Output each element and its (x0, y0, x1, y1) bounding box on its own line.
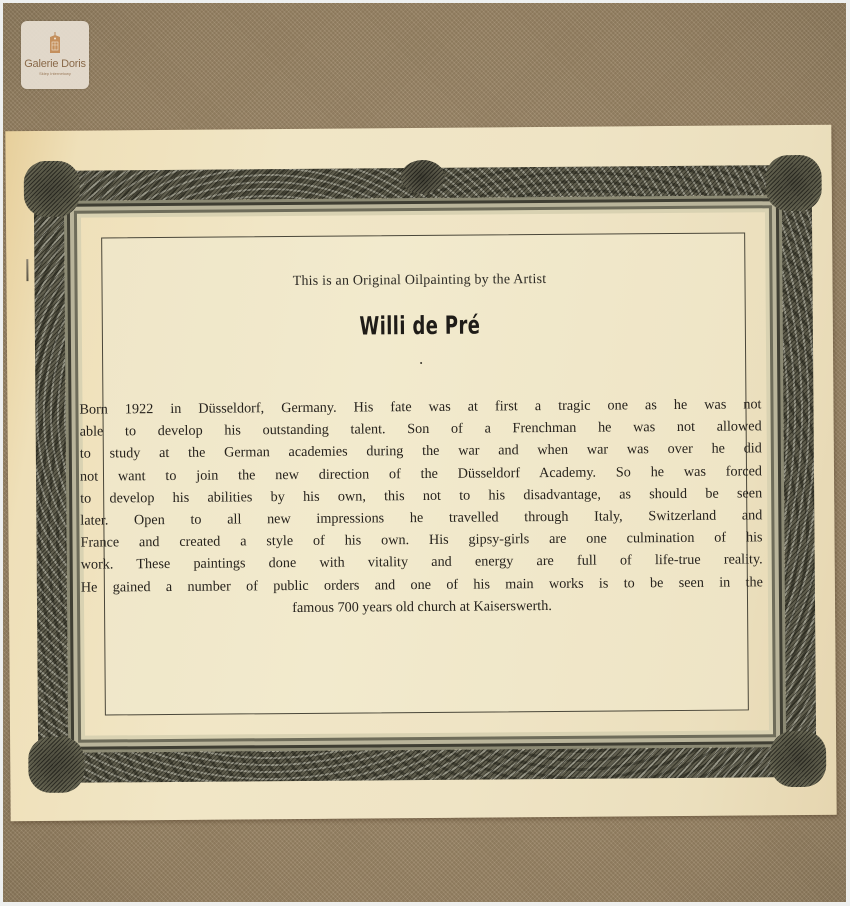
certificate-paper: This is an Original Oilpainting by the A… (5, 125, 836, 821)
certificate-content: This is an Original Oilpainting by the A… (5, 125, 836, 821)
galerie-doris-watermark: Galerie Doris Sklep Internetowy (21, 21, 89, 89)
price-tag-icon (47, 32, 63, 54)
watermark-brand: Galerie Doris (24, 58, 86, 70)
certificate-heading: This is an Original Oilpainting by the A… (6, 270, 832, 292)
watermark-tagline: Sklep Internetowy (39, 71, 71, 76)
decorative-dot (420, 362, 422, 364)
artist-biography: Born 1922 in Düsseldorf, Germany. His fa… (79, 393, 763, 620)
artist-name: Willi de Pré (122, 309, 717, 343)
